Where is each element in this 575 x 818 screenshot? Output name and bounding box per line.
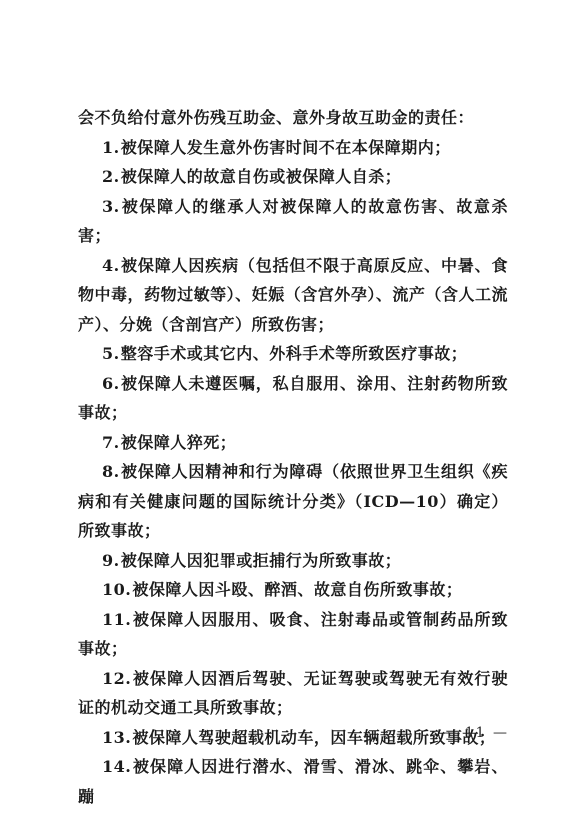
item-number: 7. — [102, 433, 121, 452]
exclusion-item-1: 1.被保障人发生意外伤害时间不在本保障期内； — [78, 133, 508, 163]
item-text: 被保障人发生意外伤害时间不在本保障期内； — [121, 138, 451, 157]
item-number: 2. — [102, 167, 121, 186]
item-text: 被保障人的继承人对被保障人的故意伤害、故意杀害； — [78, 197, 508, 246]
exclusion-item-10: 10.被保障人因斗殴、醉酒、故意自伤所致事故； — [78, 575, 508, 605]
exclusion-item-6: 6.被保障人未遵医嘱，私自服用、涂用、注射药物所致事故； — [78, 369, 508, 428]
item-number: 3. — [102, 197, 121, 216]
item-text: 被保障人因酒后驾驶、无证驾驶或驾驶无有效行驶证的机动交通工具所致事故； — [78, 669, 508, 718]
document-body: 会不负给付意外伤残互助金、意外身故互助金的责任： 1.被保障人发生意外伤害时间不… — [78, 103, 508, 811]
item-text: 被保障人驾驶超载机动车，因车辆超载所致事故； — [132, 728, 495, 747]
page-number: — 11 — — [442, 725, 509, 741]
item-number: 13. — [102, 728, 132, 747]
item-number: 8. — [102, 462, 121, 481]
document-page: 会不负给付意外伤残互助金、意外身故互助金的责任： 1.被保障人发生意外伤害时间不… — [0, 0, 575, 818]
item-text: 被保障人因疾病（包括但不限于高原反应、中暑、食物中毒，药物过敏等）、妊娠（含宫外… — [78, 256, 508, 334]
exclusion-item-11: 11.被保障人因服用、吸食、注射毒品或管制药品所致事故； — [78, 605, 508, 664]
item-number: 14. — [102, 757, 132, 776]
item-text: 整容手术或其它内、外科手术等所致医疗事故； — [121, 344, 468, 363]
item-number: 9. — [102, 551, 121, 570]
item-number: 6. — [102, 374, 121, 393]
item-text: 被保障人因进行潜水、滑雪、滑冰、跳伞、攀岩、蹦 — [78, 757, 508, 806]
exclusion-item-12: 12.被保障人因酒后驾驶、无证驾驶或驾驶无有效行驶证的机动交通工具所致事故； — [78, 664, 508, 723]
exclusion-item-14: 14.被保障人因进行潜水、滑雪、滑冰、跳伞、攀岩、蹦 — [78, 752, 508, 811]
item-text: 被保障人猝死； — [121, 433, 237, 452]
item-number: 1. — [102, 138, 121, 157]
exclusion-item-8: 8.被保障人因精神和行为障碍（依照世界卫生组织《疾病和有关健康问题的国际统计分类… — [78, 457, 508, 546]
exclusion-item-7: 7.被保障人猝死； — [78, 428, 508, 458]
item-text: 被保障人因犯罪或拒捕行为所致事故； — [121, 551, 402, 570]
item-number: 12. — [102, 669, 132, 688]
item-text: 被保障人因斗殴、醉酒、故意自伤所致事故； — [132, 580, 462, 599]
item-number: 11. — [102, 610, 132, 629]
item-text: 被保障人的故意自伤或被保障人自杀； — [121, 167, 402, 186]
item-text: 被保障人未遵医嘱，私自服用、涂用、注射药物所致事故； — [78, 374, 508, 423]
exclusion-item-9: 9.被保障人因犯罪或拒捕行为所致事故； — [78, 546, 508, 576]
item-number: 5. — [102, 344, 121, 363]
exclusion-item-5: 5.整容手术或其它内、外科手术等所致医疗事故； — [78, 339, 508, 369]
item-text: 被保障人因精神和行为障碍（依照世界卫生组织《疾病和有关健康问题的国际统计分类》（… — [78, 462, 508, 540]
clause-intro-line: 会不负给付意外伤残互助金、意外身故互助金的责任： — [78, 103, 508, 133]
item-text: 被保障人因服用、吸食、注射毒品或管制药品所致事故； — [78, 610, 508, 659]
item-number: 10. — [102, 580, 132, 599]
exclusion-item-4: 4.被保障人因疾病（包括但不限于高原反应、中暑、食物中毒，药物过敏等）、妊娠（含… — [78, 251, 508, 340]
exclusion-item-3: 3.被保障人的继承人对被保障人的故意伤害、故意杀害； — [78, 192, 508, 251]
item-number: 4. — [102, 256, 121, 275]
exclusion-item-2: 2.被保障人的故意自伤或被保障人自杀； — [78, 162, 508, 192]
